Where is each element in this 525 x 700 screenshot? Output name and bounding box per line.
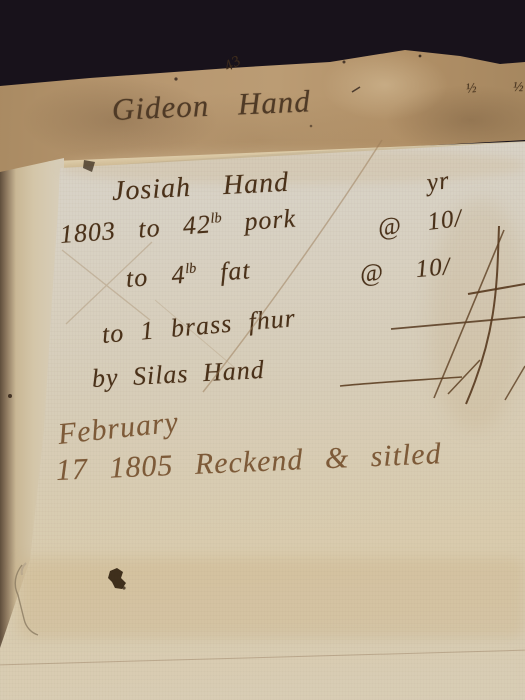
debit-abbreviation: yr xyxy=(425,167,452,198)
at-sign: @ xyxy=(359,259,385,289)
price-value: 10/ xyxy=(415,253,452,284)
entry-pork-item: pork xyxy=(221,204,297,238)
price-value: 10/ xyxy=(426,205,464,237)
cover-fraction-right: ½ xyxy=(513,80,525,96)
entry-fat-prefix: to 4 xyxy=(125,260,187,293)
at-sign: @ xyxy=(376,212,403,243)
ledger-photo: Gideon Hand 43 ½ ½ Josiah Hand yr 1803 t… xyxy=(0,0,525,700)
cover-fraction-left: ½ xyxy=(465,81,478,98)
entry-fat-item: fat xyxy=(196,255,252,288)
